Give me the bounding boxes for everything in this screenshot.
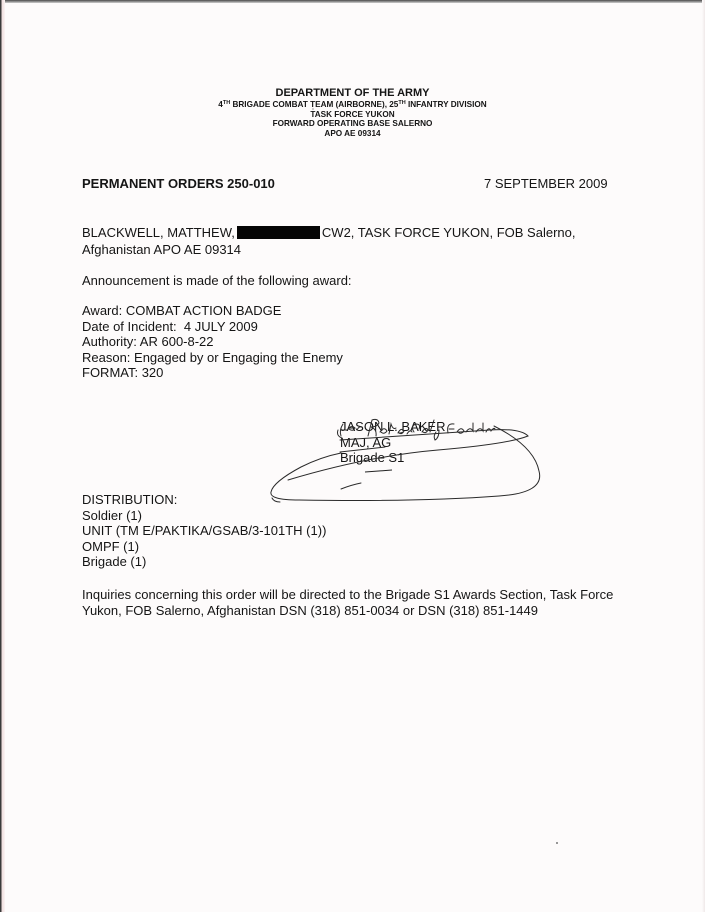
reason-line: Reason: Engaged by or Engaging the Enemy	[82, 350, 343, 366]
scan-speck	[556, 842, 558, 844]
division-ordinal: TH	[398, 100, 405, 106]
recipient-block: BLACKWELL, MATTHEW,CW2, TASK FORCE YUKON…	[82, 225, 622, 258]
scan-edge-top	[0, 0, 705, 3]
letterhead-apo: APO AE 09314	[0, 130, 705, 138]
inquiries-paragraph: Inquiries concerning this order will be …	[82, 587, 622, 619]
signature-block: JASON L. BAKER MAJ, AG Brigade S1	[340, 419, 445, 466]
division-text: INFANTRY DIVISION	[406, 100, 487, 109]
format-line: FORMAT: 320	[82, 365, 343, 381]
letterhead: DEPARTMENT OF THE ARMY 4TH BRIGADE COMBA…	[0, 88, 705, 138]
announcement: Announcement is made of the following aw…	[82, 273, 352, 290]
signer-title: Brigade S1	[340, 450, 445, 466]
scan-speck	[312, 108, 314, 110]
signer-rank: MAJ, AG	[340, 435, 445, 451]
award-line: Award: COMBAT ACTION BADGE	[82, 303, 343, 319]
signer-name: JASON L. BAKER	[340, 419, 445, 435]
distribution-item: Soldier (1)	[82, 508, 326, 524]
incident-line: Date of Incident: 4 JULY 2009	[82, 319, 343, 335]
letterhead-unit: 4TH BRIGADE COMBAT TEAM (AIRBORNE), 25TH…	[0, 101, 705, 109]
letterhead-base: FORWARD OPERATING BASE SALERNO	[0, 120, 705, 128]
authority-line: Authority: AR 600-8-22	[82, 334, 343, 350]
distribution-block: DISTRIBUTION: Soldier (1) UNIT (TM E/PAK…	[82, 492, 326, 570]
award-block: Award: COMBAT ACTION BADGE Date of Incid…	[82, 303, 343, 381]
recipient-name: BLACKWELL, MATTHEW,	[82, 225, 235, 240]
unit-text: BRIGADE COMBAT TEAM (AIRBORNE), 25	[230, 100, 398, 109]
orders-title: PERMANENT ORDERS 250-010	[82, 176, 275, 191]
distribution-item: OMPF (1)	[82, 539, 326, 555]
orders-date: 7 SEPTEMBER 2009	[484, 176, 608, 191]
letterhead-title: DEPARTMENT OF THE ARMY	[0, 88, 705, 99]
distribution-item: Brigade (1)	[82, 554, 326, 570]
distribution-item: UNIT (TM E/PAKTIKA/GSAB/3-101TH (1))	[82, 523, 326, 539]
letterhead-task-force: TASK FORCE YUKON	[0, 111, 705, 119]
redaction-box	[237, 226, 320, 239]
distribution-heading: DISTRIBUTION:	[82, 492, 326, 508]
